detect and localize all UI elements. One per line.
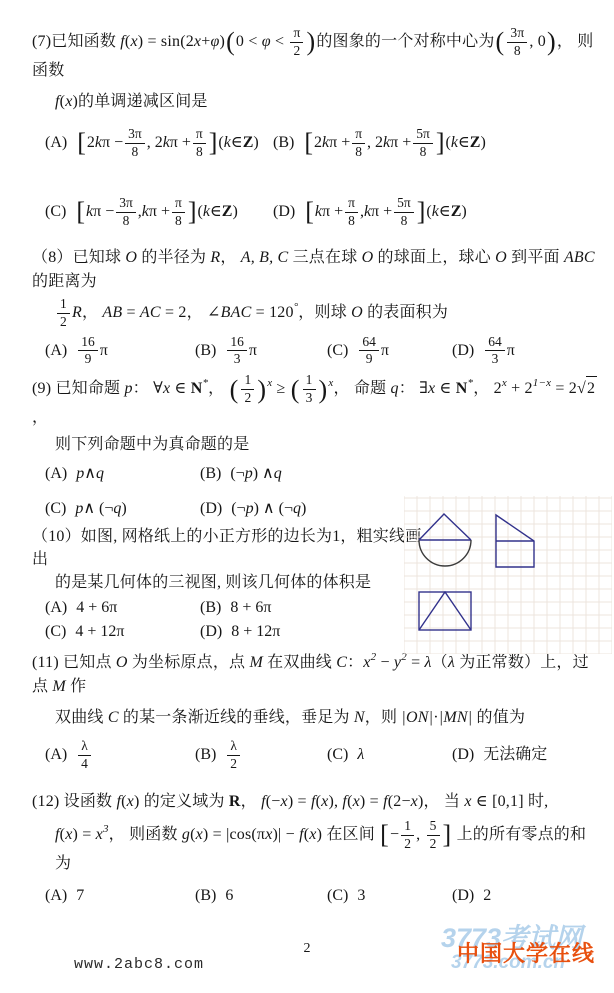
top-view — [419, 592, 471, 630]
option-content: 4 + 6π — [76, 597, 117, 619]
math-text: x — [265, 826, 272, 843]
math-text: x — [65, 93, 72, 110]
option-content: 8 + 6π — [230, 597, 271, 619]
text: = — [122, 304, 140, 321]
math-text: AC — [140, 304, 161, 321]
question-9-stem-line-1: (9) 已知命题 p： ∀x ∈ N*， (12)x ≥ (13)x， 命题 q… — [32, 373, 600, 429]
text: （10）如图, 网格纸上的小正方形的边长为1，粗实线画出 — [32, 528, 421, 568]
math-text: φ — [262, 33, 271, 50]
text: ) = — [288, 793, 311, 810]
question-8-option-B: (B)163π — [195, 335, 327, 368]
text: ) = — [203, 826, 226, 843]
text: ) = — [73, 826, 96, 843]
text: ， — [82, 304, 102, 321]
exam-body: (7)已知函数 f(x) = sin(2x+φ)(0 < φ < π2)的图象的… — [0, 0, 614, 907]
question-10-options: (A)4 + 6π(B)8 + 6π(C)4 + 12π(D)8 + 12π — [45, 597, 424, 644]
text: π + — [149, 201, 170, 223]
option-label: (A) — [45, 885, 67, 907]
text: ) — [480, 132, 485, 154]
option-label: (B) — [195, 885, 216, 907]
text: ∈ — [231, 132, 243, 154]
math-text: q — [274, 463, 282, 485]
math-text: p — [76, 463, 84, 485]
text: ∈ — [458, 132, 470, 154]
text: π — [507, 340, 515, 362]
option-content: 643π — [483, 335, 515, 368]
text: 为坐标原点，点 — [128, 654, 250, 671]
math-text: x — [127, 793, 134, 810]
text: + 2 — [507, 380, 533, 397]
question-8: （8）已知球 O 的半径为 R， A, B, C 三点在球 O 的球面上，球心 … — [32, 246, 600, 367]
fraction: 643 — [485, 335, 505, 368]
option-label: (A) — [45, 744, 67, 766]
math-text: k — [451, 132, 458, 154]
question-8-option-A: (A)169π — [45, 335, 195, 368]
math-text: x — [196, 826, 203, 843]
option-label: (C) — [327, 340, 348, 362]
math-text: M — [249, 654, 263, 671]
text: = 2， ∠ — [161, 304, 221, 321]
option-label: (C) — [45, 201, 66, 223]
option-label: (B) — [195, 744, 216, 766]
question-10-option-D: (D)8 + 12π — [200, 621, 424, 643]
text: (2− — [388, 793, 411, 810]
fraction: 12 — [57, 297, 70, 330]
question-8-stem-line-1: （8）已知球 O 的半径为 R， A, B, C 三点在球 O 的球面上，球心 … — [32, 246, 600, 292]
big-bracket: ( — [229, 375, 240, 404]
option-label: (A) — [45, 340, 67, 362]
text: − — [390, 826, 399, 843]
text: , 2 — [367, 132, 383, 154]
question-7-option-B: (B)[2kπ + π8, 2kπ + 5π8](k ∈ Z) — [273, 127, 600, 160]
superscript: 1−x — [533, 377, 551, 389]
option-label: (C) — [327, 744, 348, 766]
text: Z — [243, 132, 254, 154]
math-text: q — [293, 498, 301, 520]
text: π + — [329, 132, 350, 154]
text: 8 + 6π — [230, 597, 271, 619]
text: ) — [253, 132, 258, 154]
text: , 2 — [147, 132, 163, 154]
option-content: 3 — [357, 885, 365, 907]
fraction: π8 — [352, 127, 365, 160]
question-12-options: (A)7(B)6(C)3(D)2 — [45, 885, 600, 907]
text: π + — [170, 132, 191, 154]
text: 双曲线 — [55, 709, 108, 726]
math-text: x — [464, 793, 471, 810]
big-bracket: ( — [495, 27, 506, 56]
question-12-option-A: (A)7 — [45, 885, 195, 907]
text: N — [456, 380, 468, 397]
math-text: k — [203, 201, 210, 223]
question-9-option-C: (C)p ∧ (¬q) — [45, 498, 200, 520]
text: 无法确定 — [483, 744, 547, 766]
math-text: q — [96, 463, 104, 485]
text: ), — [328, 793, 342, 810]
option-content: λ4 — [76, 739, 93, 772]
text: ∈ — [439, 201, 451, 223]
text: ≥ — [272, 380, 289, 397]
option-label: (C) — [45, 498, 66, 520]
fraction: 163 — [227, 335, 247, 368]
text: 作 — [66, 678, 86, 695]
text: 的球面上，球心 — [373, 249, 495, 266]
option-content: (¬p) ∧ q — [230, 463, 281, 485]
text: (9) 已知命题 — [32, 380, 124, 397]
math-text: M — [52, 678, 66, 695]
text: 8 + 12π — [231, 621, 280, 643]
option-content: λ2 — [225, 739, 242, 772]
question-7: (7)已知函数 f(x) = sin(2x+φ)(0 < φ < π2)的图象的… — [32, 26, 600, 228]
math-text: x — [96, 826, 103, 843]
text: 的表面积为 — [363, 304, 448, 321]
text: (− — [266, 793, 281, 810]
option-label: (B) — [273, 132, 294, 154]
text: ∧ — [84, 463, 96, 485]
math-text: λ — [357, 744, 364, 766]
fraction: 3π8 — [507, 26, 527, 59]
math-text: x — [309, 826, 316, 843]
option-label: (B) — [200, 597, 221, 619]
math-text: k — [224, 132, 231, 154]
math-text: k — [322, 132, 329, 154]
math-text: k — [383, 132, 390, 154]
text: < — [271, 33, 289, 50]
question-9-option-B: (B)(¬p) ∧ q — [200, 463, 600, 485]
text: (12) 设函数 — [32, 793, 116, 810]
text: (¬ — [230, 463, 244, 485]
side-view — [496, 515, 534, 567]
text: ) — [301, 498, 306, 520]
math-text: k — [315, 201, 322, 223]
question-7-option-C: (C)[kπ − 3π8, kπ + π8](k ∈ Z) — [45, 196, 273, 229]
text: π + — [371, 201, 392, 223]
text: = — [407, 654, 425, 671]
fraction: 169 — [78, 335, 98, 368]
text: 的图象的一个对称中心为 — [316, 33, 494, 50]
text: ， — [208, 380, 228, 397]
math-text: k — [95, 132, 102, 154]
text: 0 < — [236, 33, 262, 50]
text: |cos(π — [226, 826, 265, 843]
text: 三点在球 — [288, 249, 361, 266]
text: Z — [470, 132, 481, 154]
text: (11) 已知点 — [32, 654, 116, 671]
question-10-option-C: (C)4 + 12π — [45, 621, 200, 643]
text: 6 — [225, 885, 233, 907]
option-content: (¬p) ∧ (¬q) — [231, 498, 306, 520]
question-10-stem-line-2: 的是某几何体的三视图, 则该几何体的体积是 — [55, 571, 424, 594]
text: = 2 — [551, 380, 577, 397]
text: = 120 — [251, 304, 293, 321]
text: 在双曲线 — [263, 654, 336, 671]
option-content: 7 — [76, 885, 84, 907]
text: ) ∧ (¬ — [254, 498, 293, 520]
text: 2 — [87, 132, 95, 154]
option-content: [kπ + π8, kπ + 5π8](k ∈ Z) — [304, 196, 466, 229]
question-10-option-B: (B)8 + 6π — [200, 597, 424, 619]
fraction: 5π8 — [413, 127, 433, 160]
math-text: p — [245, 463, 253, 485]
option-label: (D) — [273, 201, 295, 223]
math-text: x — [411, 793, 418, 810]
option-content: λ — [357, 744, 364, 766]
big-bracket: [ — [379, 820, 390, 849]
math-text: R — [210, 249, 220, 266]
text: π − — [93, 201, 114, 223]
text: 的是某几何体的三视图, 则该几何体的体积是 — [55, 574, 371, 591]
watermark: 3773考试网 3773.com.cn 中国大学在线 — [441, 916, 613, 988]
math-text: BAC — [221, 304, 252, 321]
text: 的某一条渐近线的垂线，垂足为 — [119, 709, 354, 726]
question-10: （10）如图, 网格纸上的小正方形的边长为1，粗实线画出的是某几何体的三视图, … — [32, 525, 424, 643]
math-text: q — [391, 380, 399, 397]
big-bracket: ) — [256, 375, 267, 404]
question-7-option-D: (D)[kπ + π8, kπ + 5π8](k ∈ Z) — [273, 196, 600, 229]
option-content: p ∧ (¬q) — [75, 498, 126, 520]
math-text: q — [113, 498, 121, 520]
fraction: λ4 — [78, 739, 91, 772]
math-text: λ — [425, 654, 432, 671]
math-text: O — [351, 304, 363, 321]
text: 3 — [357, 885, 365, 907]
text: π — [100, 340, 108, 362]
question-12-option-C: (C)3 — [327, 885, 452, 907]
big-bracket: ) — [305, 27, 316, 56]
fraction: 52 — [427, 819, 440, 852]
option-label: (D) — [200, 498, 222, 520]
question-12-stem-line-2: f(x) = x3， 则函数 g(x) = |cos(πx)| − f(x) 在… — [55, 819, 600, 875]
big-bracket: ( — [290, 375, 301, 404]
question-9-option-A: (A)p ∧ q — [45, 463, 200, 485]
text: )， 当 — [418, 793, 464, 810]
question-10-stem-line-1: （10）如图, 网格纸上的小正方形的边长为1，粗实线画出 — [32, 525, 424, 571]
text: 的半径为 — [137, 249, 210, 266]
fraction: π8 — [172, 196, 185, 229]
question-8-stem-line-2: 12R， AB = AC = 2， ∠BAC = 120°，则球 O 的表面积为 — [55, 297, 600, 330]
math-text: x — [281, 793, 288, 810]
text: ， — [32, 409, 48, 426]
math-text: g — [182, 826, 190, 843]
text: Z — [451, 201, 462, 223]
option-label: (C) — [327, 885, 348, 907]
big-bracket: ( — [225, 27, 236, 56]
math-text: p — [246, 498, 254, 520]
text: Z — [222, 201, 233, 223]
text: π − — [102, 132, 123, 154]
text: 的值为 — [472, 709, 525, 726]
text: ∈ — [435, 380, 455, 397]
option-label: (C) — [45, 621, 66, 643]
option-content: 无法确定 — [483, 744, 547, 766]
text: ，则 — [365, 709, 402, 726]
text: 4 + 12π — [75, 621, 124, 643]
text: R — [229, 793, 241, 810]
option-content: 4 + 12π — [75, 621, 124, 643]
big-bracket: ] — [442, 820, 453, 849]
question-11-stem-line-2: 双曲线 C 的某一条渐近线的垂线，垂足为 N，则 |ON|·|MN| 的值为 — [55, 706, 600, 729]
question-8-options: (A)169π(B)163π(C)649π(D)643π — [45, 335, 600, 368]
option-label: (B) — [200, 463, 221, 485]
text: ， 命题 — [334, 380, 391, 397]
math-text: R — [72, 304, 82, 321]
math-text: x — [130, 33, 137, 50]
big-bracket: ) — [546, 27, 557, 56]
fraction: π8 — [193, 127, 206, 160]
text: ， — [241, 793, 261, 810]
question-7-options: (A)[2kπ − 3π8, 2kπ + π8](k ∈ Z)(B)[2kπ +… — [45, 127, 600, 228]
text: ∈ — [210, 201, 222, 223]
question-7-option-A: (A)[2kπ − 3π8, 2kπ + π8](k ∈ Z) — [45, 127, 273, 160]
fraction: 3π8 — [116, 196, 136, 229]
question-11-option-B: (B)λ2 — [195, 739, 327, 772]
option-content: [2kπ + π8, 2kπ + 5π8](k ∈ Z) — [303, 127, 485, 160]
text: )| − — [273, 826, 300, 843]
option-label: (A) — [45, 463, 67, 485]
fraction: 13 — [303, 373, 316, 406]
option-content: 2 — [483, 885, 491, 907]
text: 2 — [314, 132, 322, 154]
question-11-option-A: (A)λ4 — [45, 739, 195, 772]
text: 到平面 — [507, 249, 564, 266]
text: ， 2 — [473, 380, 502, 397]
text: π + — [390, 132, 411, 154]
option-label: (B) — [195, 340, 216, 362]
fraction: 3π8 — [125, 127, 145, 160]
question-7-stem-line-1: (7)已知函数 f(x) = sin(2x+φ)(0 < φ < π2)的图象的… — [32, 26, 600, 82]
text: ： ∀ — [133, 380, 163, 397]
text: ) = sin(2 — [138, 33, 194, 50]
text: ) 在区间 — [317, 826, 380, 843]
exam-page: (7)已知函数 f(x) = sin(2x+φ)(0 < φ < π2)的图象的… — [0, 0, 614, 993]
question-12: (12) 设函数 f(x) 的定义域为 R， f(−x) = f(x), f(x… — [32, 790, 600, 907]
fraction: 12 — [241, 373, 254, 406]
text: ： — [347, 654, 363, 671]
text: 的单调递减区间是 — [78, 93, 208, 110]
math-text: λ — [448, 654, 455, 671]
text: ) — [121, 498, 126, 520]
text: 7 — [76, 885, 84, 907]
math-text: k — [163, 132, 170, 154]
math-text: x — [363, 654, 370, 671]
front-view — [419, 514, 471, 566]
option-content: [2kπ − 3π8, 2kπ + π8](k ∈ Z) — [76, 127, 258, 160]
question-12-option-B: (B)6 — [195, 885, 327, 907]
fraction: 5π8 — [394, 196, 414, 229]
option-label: (D) — [452, 885, 474, 907]
text: , 0 — [529, 33, 546, 50]
math-text: C — [336, 654, 347, 671]
math-text: |ON| — [401, 709, 433, 726]
text: ∈ — [170, 380, 190, 397]
text: ) ∧ — [253, 463, 274, 485]
question-9-stem-line-2: 则下列命题中为真命题的是 — [55, 433, 600, 456]
math-text: k — [364, 201, 371, 223]
math-text: x — [65, 826, 72, 843]
fraction: 12 — [401, 819, 414, 852]
math-text: O — [362, 249, 374, 266]
text: 2 — [483, 885, 491, 907]
text: ) — [232, 201, 237, 223]
math-text: N — [354, 709, 365, 726]
option-label: (D) — [200, 621, 222, 643]
fraction: π8 — [345, 196, 358, 229]
question-11: (11) 已知点 O 为坐标原点，点 M 在双曲线 C：x2 − y2 = λ（… — [32, 651, 600, 771]
question-8-option-D: (D)643π — [452, 335, 600, 368]
text: (¬ — [231, 498, 245, 520]
three-view-diagram — [404, 496, 612, 654]
question-12-stem-line-1: (12) 设函数 f(x) 的定义域为 R， f(−x) = f(x), f(x… — [32, 790, 600, 813]
math-text: φ — [210, 33, 219, 50]
question-11-option-C: (C)λ — [327, 744, 452, 766]
math-text: |MN| — [439, 709, 473, 726]
question-10-option-A: (A)4 + 6π — [45, 597, 200, 619]
math-text: C — [108, 709, 119, 726]
text: π + — [322, 201, 343, 223]
math-text: AB — [102, 304, 122, 321]
text: ) — [461, 201, 466, 223]
text: （8）已知球 — [32, 249, 125, 266]
text: , — [416, 826, 424, 843]
text: ， — [220, 249, 240, 266]
option-content: [kπ − 3π8, kπ + π8](k ∈ Z) — [75, 196, 237, 229]
site-url-text: www.2abc8.com — [74, 956, 204, 973]
text: 4 + 6π — [76, 597, 117, 619]
text: ∈ [0,1] 时, — [472, 793, 549, 810]
question-11-option-D: (D)无法确定 — [452, 744, 600, 766]
square-root: √2 — [577, 376, 597, 400]
option-content: p ∧ q — [76, 463, 104, 485]
option-content: 8 + 12π — [231, 621, 280, 643]
fraction: λ2 — [227, 739, 240, 772]
text: π — [249, 340, 257, 362]
math-text: p — [124, 380, 132, 397]
text: N — [191, 380, 203, 397]
watermark-china-university: 中国大学在线 — [457, 937, 595, 968]
fraction: 649 — [359, 335, 379, 368]
math-text: O — [495, 249, 507, 266]
option-content: 649π — [357, 335, 389, 368]
big-bracket: ) — [318, 375, 329, 404]
question-7-stem-line-2: f(x)的单调递减区间是 — [55, 90, 600, 113]
text: ∧ (¬ — [83, 498, 113, 520]
text: ， 则函数 — [109, 826, 182, 843]
math-text: O — [116, 654, 128, 671]
math-text: O — [125, 249, 137, 266]
question-11-options: (A)λ4(B)λ2(C)λ(D)无法确定 — [45, 739, 600, 772]
text: − — [376, 654, 394, 671]
text: ，则球 — [298, 304, 351, 321]
text: ) 的定义域为 — [134, 793, 229, 810]
option-label: (D) — [452, 744, 474, 766]
question-8-option-C: (C)649π — [327, 335, 452, 368]
math-text: k — [86, 201, 93, 223]
text: 的距离为 — [32, 273, 97, 290]
math-text: x — [353, 793, 360, 810]
option-label: (D) — [452, 340, 474, 362]
option-content: 169π — [76, 335, 108, 368]
option-content: 6 — [225, 885, 233, 907]
math-text: A, B, C — [241, 249, 289, 266]
math-text: ABC — [564, 249, 595, 266]
text: （ — [432, 654, 448, 671]
math-text: p — [75, 498, 83, 520]
text: 则下列命题中为真命题的是 — [55, 436, 249, 453]
math-text: k — [142, 201, 149, 223]
question-11-stem-line-1: (11) 已知点 O 为坐标原点，点 M 在双曲线 C：x2 − y2 = λ（… — [32, 651, 600, 697]
option-label: (A) — [45, 597, 67, 619]
text: ) = — [360, 793, 383, 810]
